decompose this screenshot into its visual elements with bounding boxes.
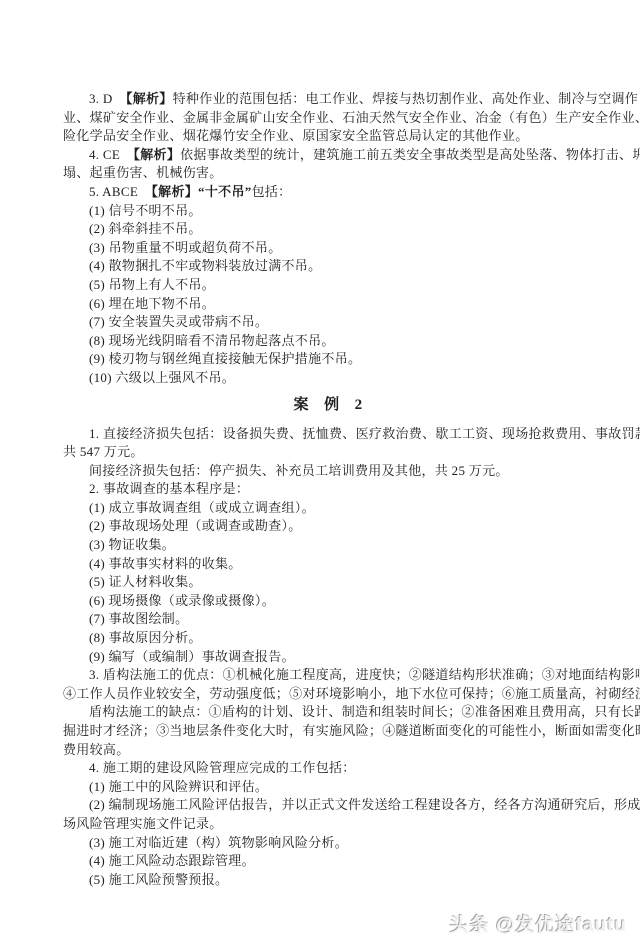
text-line: (5) 证人材料收集。 xyxy=(63,573,593,592)
text-line: ④工作人员作业较安全，劳动强度低；⑤对环境影响小，地下水位可保持；⑥施工质量高，… xyxy=(63,685,593,704)
text-line: (9) 棱刃物与钢丝绳直接接触无保护措施不吊。 xyxy=(63,350,593,369)
text-line: 间接经济损失包括：停产损失、补充员工培训费用及其他，共 25 万元。 xyxy=(63,462,593,481)
watermark: 头条 @发优途fautu xyxy=(450,910,627,937)
text-line: (2) 斜牵斜挂不吊。 xyxy=(63,220,593,239)
text-line: 业、煤矿安全作业、金属非金属矿山安全作业、石油天然气安全作业、冶金（有色）生产安… xyxy=(63,109,593,128)
text-line: 2. 事故调查的基本程序是： xyxy=(63,480,593,499)
text-line: 5. ABCE 【解析】“十不吊”包括： xyxy=(63,183,593,202)
text-line: 塌、起重伤害、机械伤害。 xyxy=(63,164,593,183)
text-line: (8) 事故原因分析。 xyxy=(63,629,593,648)
document-lines: 3. D 【解析】特种作业的范围包括：电工作业、焊接与热切割作业、高处作业、制冷… xyxy=(63,90,593,889)
text-line: (6) 埋在地下物不吊。 xyxy=(63,295,593,314)
text-line: (6) 现场摄像（或录像或摄像）。 xyxy=(63,592,593,611)
text-line: (5) 吊物上有人不吊。 xyxy=(63,276,593,295)
section-heading: 案 例 2 xyxy=(63,395,593,415)
text-line: (2) 事故现场处理（或调查或勘查）。 xyxy=(63,517,593,536)
text-line: 3. D 【解析】特种作业的范围包括：电工作业、焊接与热切割作业、高处作业、制冷… xyxy=(63,90,593,109)
text-line: (3) 吊物重量不明或超负荷不吊。 xyxy=(63,239,593,258)
text-line: 1. 直接经济损失包括：设备损失费、抚恤费、医疗救治费、歇工工资、现场抢救费用、… xyxy=(63,425,593,444)
text-line: 盾构法施工的缺点：①盾构的计划、设计、制造和组装时间长；②准备困难且费用高，只有… xyxy=(63,703,593,722)
text-line: (1) 成立事故调查组（或成立调查组）。 xyxy=(63,499,593,518)
text-line: (2) 编制现场施工风险评估报告，并以正式文件发送给工程建设各方，经各方沟通研究… xyxy=(63,796,593,815)
text-line: (7) 安全装置失灵或带病不吊。 xyxy=(63,313,593,332)
text-line: 3. 盾构法施工的优点：①机械化施工程度高，进度快；②隧道结构形状准确；③对地面… xyxy=(63,666,593,685)
text-line: (3) 物证收集。 xyxy=(63,536,593,555)
text-line: 4. CE 【解析】依据事故类型的统计，建筑施工前五类安全事故类型是高处坠落、物… xyxy=(63,146,593,165)
text-line: 费用较高。 xyxy=(63,741,593,760)
text-line: 险化学品安全作业、烟花爆竹安全作业、原国家安全监管总局认定的其他作业。 xyxy=(63,127,593,146)
text-line: (7) 事故图绘制。 xyxy=(63,610,593,629)
text-line: (9) 编写（或编制）事故调查报告。 xyxy=(63,648,593,667)
text-line: (8) 现场光线阴暗看不清吊物起落点不吊。 xyxy=(63,332,593,351)
text-line: (5) 施工风险预警预报。 xyxy=(63,871,593,890)
text-line: (3) 施工对临近建（构）筑物影响风险分析。 xyxy=(63,834,593,853)
text-line: 4. 施工期的建设风险管理应完成的工作包括： xyxy=(63,759,593,778)
text-line: 掘进时才经济；③当地层条件变化大时，有实施风险；④隧道断面变化的可能性小，断面如… xyxy=(63,722,593,741)
text-line: (10) 六级以上强风不吊。 xyxy=(63,369,593,388)
document-page: 3. D 【解析】特种作业的范围包括：电工作业、焊接与热切割作业、高处作业、制冷… xyxy=(0,0,640,948)
text-line: 共 547 万元。 xyxy=(63,443,593,462)
text-line: (1) 施工中的风险辨识和评估。 xyxy=(63,778,593,797)
text-line: 场风险管理实施文件记录。 xyxy=(63,815,593,834)
text-line: (1) 信号不明不吊。 xyxy=(63,202,593,221)
text-line: (4) 施工风险动态跟踪管理。 xyxy=(63,852,593,871)
text-line: (4) 散物捆扎不牢或物料装放过满不吊。 xyxy=(63,257,593,276)
text-line: (4) 事故事实材料的收集。 xyxy=(63,555,593,574)
